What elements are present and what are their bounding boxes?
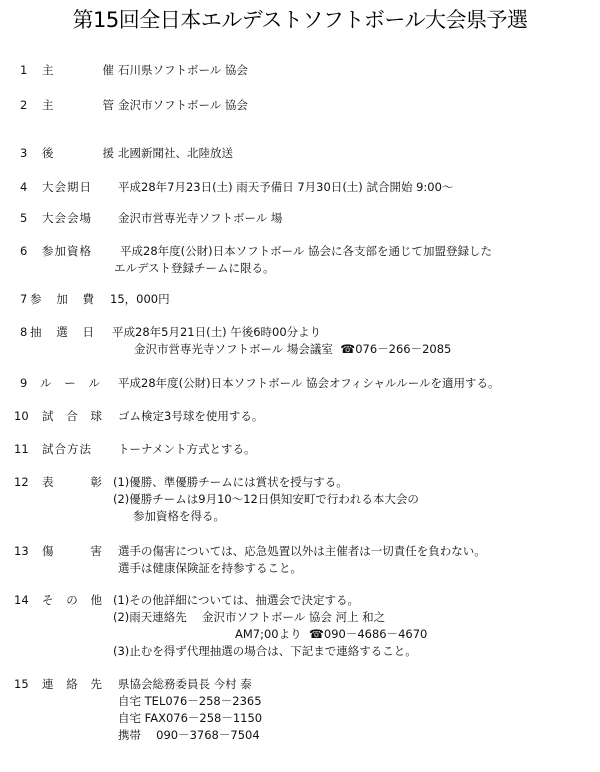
item-number: 4 (20, 179, 38, 196)
item-label: 抽 選 日 (30, 324, 94, 341)
item-label: 大会会場 (42, 210, 114, 227)
item-value: (1)優勝、準優勝チームには賞状を授与する。 (2)優勝チームは9月10〜12日… (113, 474, 419, 525)
item-number: 13 (14, 543, 32, 560)
item-value: 平成28年度(公財)日本ソフトボール 協会オフィシャルルールを適用する。 (118, 375, 500, 392)
item-label: 参 加 費 (30, 291, 94, 308)
item-label: 主 催 (42, 62, 114, 79)
item-value: ゴム検定3号球を使用する。 (118, 408, 263, 425)
item-number: 2 (20, 97, 38, 114)
item-value: 金沢市ソフトボール 協会 (118, 97, 248, 114)
item-label: 連 絡 先 (42, 676, 102, 693)
item-value: 平成28年5月21日(土) 午後6時00分より 金沢市営専光寺ソフトボール 場会… (112, 324, 451, 358)
item-label: 主 管 (42, 97, 114, 114)
item-value: 県協会総務委員長 今村 泰 自宅 TEL076－258－2365 自宅 FAX0… (118, 676, 262, 744)
item-number: 10 (14, 408, 32, 425)
item-number: 9 (20, 375, 38, 392)
item-number: 1 (20, 62, 38, 79)
document-title: 第15回全日本エルデストソフトボール大会県予選 (0, 4, 600, 34)
phone-icon: ☎ (309, 627, 324, 641)
item-label: 後 援 (42, 145, 114, 162)
item-number: 6 (20, 243, 38, 260)
item-value: 選手の傷害については、応急処置以外は主催者は一切責任を負わない。 選手は健康保険… (118, 543, 486, 577)
item-label: 表 彰 (42, 474, 102, 491)
item-label: そ の 他 (42, 592, 102, 609)
item-label: 傷 害 (42, 543, 102, 560)
item-number: 3 (20, 145, 38, 162)
item-number: 5 (20, 210, 38, 227)
item-number: 15 (14, 676, 32, 693)
item-value: 平成28年度(公財)日本ソフトボール 協会に各支部を通じて加盟登録した エルデス… (120, 243, 492, 277)
item-value: 石川県ソフトボール 協会 (118, 62, 248, 79)
item-value: 北國新聞社、北陸放送 (118, 145, 233, 162)
item-number: 14 (14, 592, 32, 609)
item-label: 試合方法 (42, 441, 114, 458)
item-label: 参加資格 (42, 243, 114, 260)
item-label: ル ー ル (40, 375, 100, 392)
item-value: (1)その他詳細については、抽選会で決定する。 (2)雨天連絡先 金沢市ソフトボ… (113, 592, 427, 660)
item-value: 15，000円 (110, 291, 170, 308)
item-label: 試 合 球 (42, 408, 102, 425)
item-number: 12 (14, 474, 32, 491)
item-number: 11 (14, 441, 32, 458)
phone-icon: ☎ (340, 342, 355, 356)
item-label: 大会期日 (42, 179, 114, 196)
item-value: 平成28年7月23日(土) 雨天予備日 7月30日(土) 試合開始 9:00〜 (118, 179, 453, 196)
item-value: トーナメント方式とする。 (118, 441, 256, 458)
item-value: 金沢市営専光寺ソフトボール 場 (118, 210, 282, 227)
